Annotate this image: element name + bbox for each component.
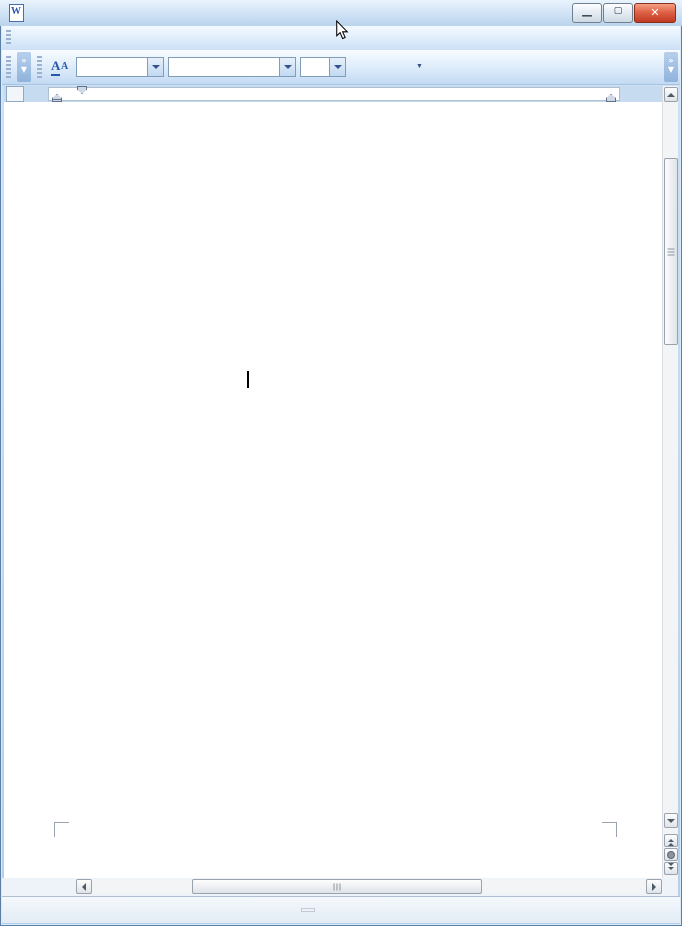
chevron-down-icon[interactable] — [329, 58, 345, 76]
styles-and-formatting-icon[interactable] — [47, 55, 73, 79]
toolbar-options-icon[interactable]: »▼ — [17, 52, 31, 82]
word-doc-icon — [9, 4, 24, 22]
scroll-up-icon[interactable] — [664, 87, 678, 102]
scroll-left-icon[interactable] — [76, 879, 92, 894]
scroll-down-icon[interactable] — [664, 813, 678, 828]
text-caret — [247, 371, 249, 388]
tab-selector[interactable] — [6, 86, 24, 102]
vertical-scrollbar[interactable] — [662, 86, 678, 878]
document-page[interactable] — [28, 102, 662, 878]
menu-bar — [2, 26, 680, 51]
bold-button[interactable] — [348, 55, 372, 79]
status-bar — [2, 896, 680, 923]
toolbar-options-icon[interactable]: »▼ — [664, 52, 678, 82]
title-bar[interactable]: — ▢ ✕ — [0, 0, 682, 26]
margin-corner-mark — [54, 822, 69, 837]
select-browse-object-icon[interactable] — [664, 848, 678, 861]
ruler-text-area — [48, 87, 620, 101]
word-window: — ▢ ✕ »▼ ▼ »▼ — [0, 0, 682, 926]
next-page-icon[interactable] — [664, 862, 678, 875]
minimize-button[interactable]: — — [572, 3, 602, 23]
chevron-down-icon[interactable] — [279, 58, 295, 76]
vertical-scroll-thumb[interactable] — [664, 158, 678, 345]
underline-options-icon[interactable]: ▼ — [416, 56, 426, 78]
toolbar-grip[interactable] — [37, 56, 42, 78]
vertical-ruler[interactable] — [4, 102, 29, 878]
margin-corner-mark — [602, 822, 617, 837]
previous-page-icon[interactable] — [664, 834, 678, 847]
style-combo[interactable] — [76, 57, 164, 77]
underline-button[interactable] — [396, 55, 416, 79]
status-language[interactable] — [301, 908, 315, 912]
italic-button[interactable] — [372, 55, 396, 79]
horizontal-scroll-row — [2, 878, 678, 896]
maximize-button[interactable]: ▢ — [603, 3, 633, 23]
font-size-combo[interactable] — [300, 57, 346, 77]
horizontal-scrollbar[interactable] — [92, 879, 646, 894]
scroll-right-icon[interactable] — [646, 879, 662, 894]
toolbars: »▼ ▼ »▼ — [2, 50, 680, 85]
horizontal-scroll-thumb[interactable] — [192, 879, 482, 894]
chevron-down-icon[interactable] — [147, 58, 163, 76]
close-button[interactable]: ✕ — [634, 3, 676, 23]
horizontal-ruler[interactable] — [4, 86, 662, 102]
toolbar-grip[interactable] — [6, 56, 11, 78]
toolbar-grip[interactable] — [6, 30, 11, 46]
font-combo[interactable] — [168, 57, 296, 77]
